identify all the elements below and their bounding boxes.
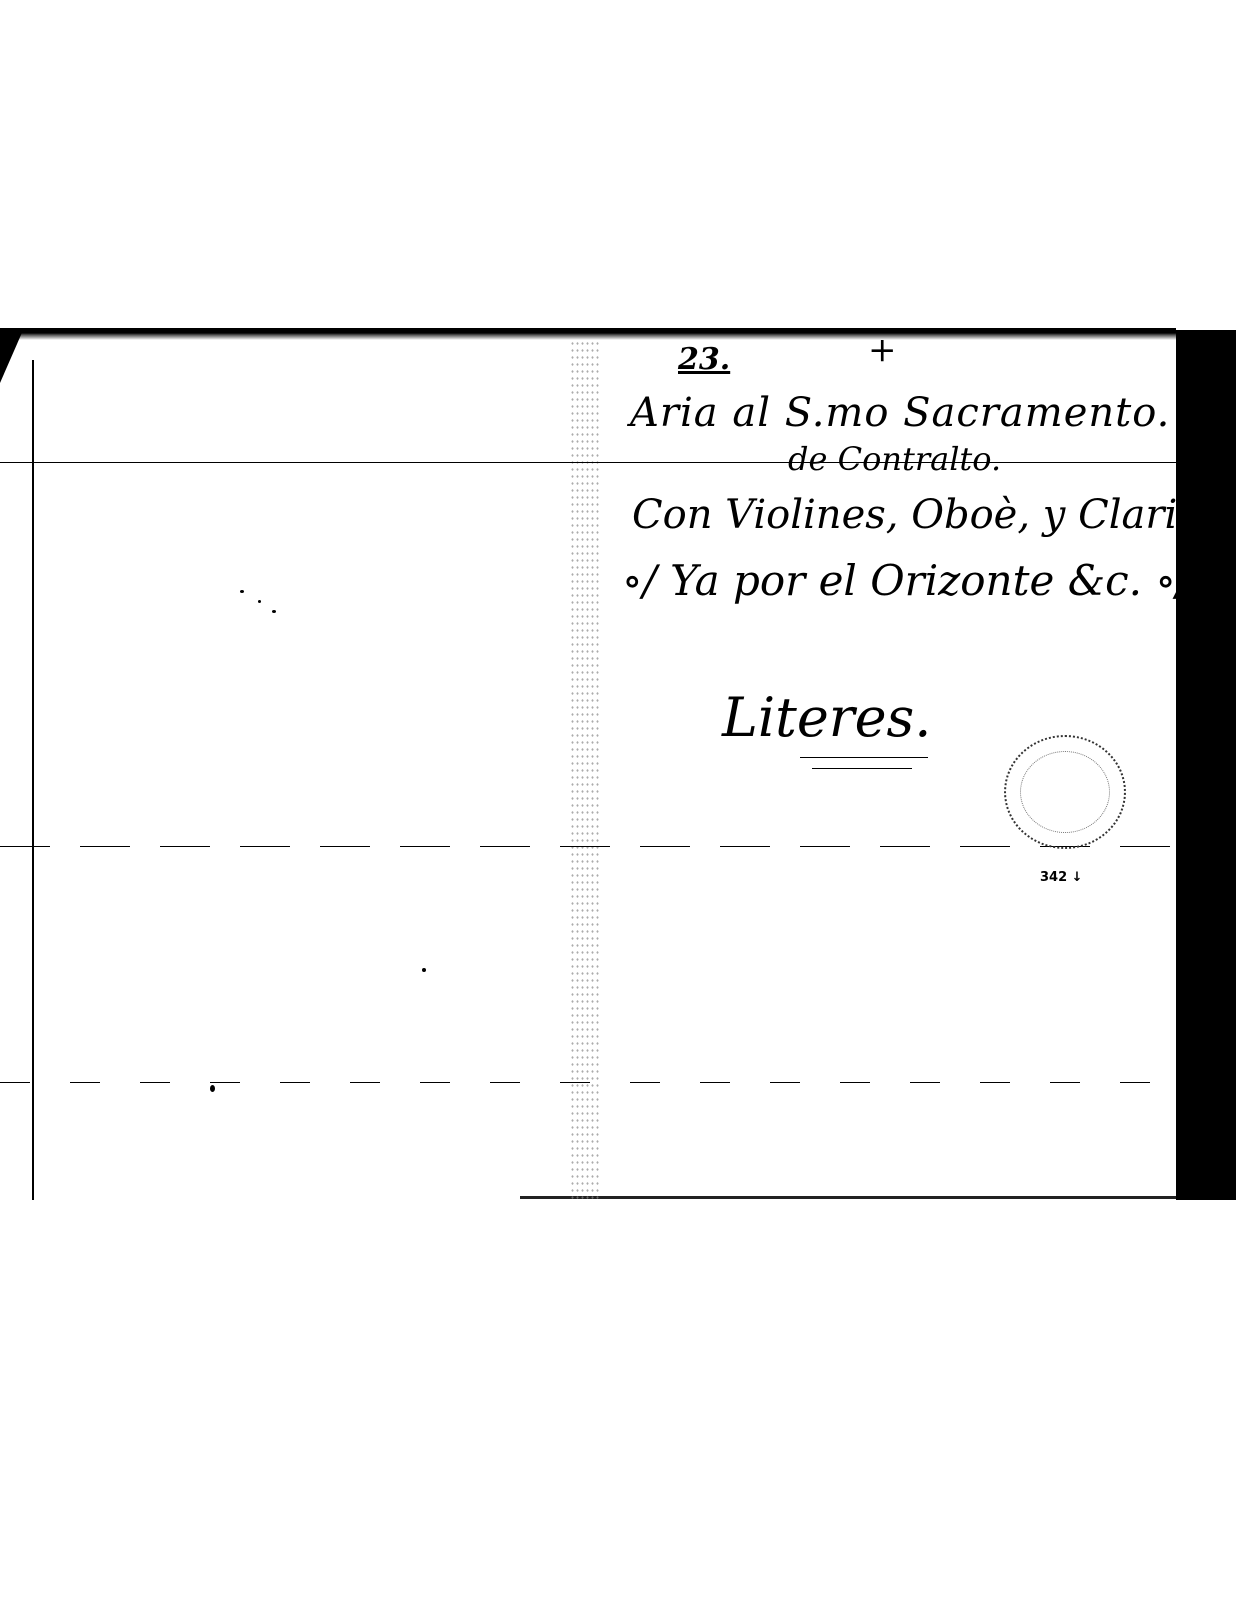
composer-name: Literes.	[722, 686, 931, 749]
incipit-text: Ya por el Orizonte &c.	[670, 556, 1142, 605]
cross-mark: +	[868, 330, 897, 370]
incipit-mark-right: ∘∕	[1155, 556, 1190, 605]
library-stamp-inner	[1020, 751, 1110, 833]
ink-speck	[422, 968, 426, 972]
library-stamp	[1004, 735, 1126, 849]
voice-line: de Contralto.	[788, 440, 1001, 478]
title-line: Aria al S.mo Sacramento.	[630, 390, 1170, 436]
ink-speck	[258, 600, 261, 603]
ruled-line	[0, 1082, 1176, 1083]
page-left-edge	[32, 360, 34, 1200]
ink-speck	[240, 590, 244, 593]
catalog-number: 342 ↓	[1040, 870, 1083, 885]
page-bottom-edge	[520, 1196, 1176, 1199]
composer-underline	[812, 768, 912, 769]
instrumentation-line: Con Violines, Oboè, y Clarin.	[632, 492, 1216, 538]
manuscript-number: 23.	[678, 342, 730, 377]
page-fold-crease	[570, 340, 600, 1200]
composer-underline	[800, 757, 928, 758]
ruled-line	[0, 846, 1176, 847]
page-corner-shadow	[0, 328, 24, 383]
scan-border-right	[1176, 330, 1236, 1200]
ink-speck	[272, 610, 276, 613]
incipit-line: ∘∕ Ya por el Orizonte &c. ∘∕	[622, 556, 1190, 605]
incipit-mark-left: ∘∕	[622, 556, 657, 605]
ink-speck	[210, 1085, 215, 1092]
page-top-edge	[0, 328, 1176, 340]
